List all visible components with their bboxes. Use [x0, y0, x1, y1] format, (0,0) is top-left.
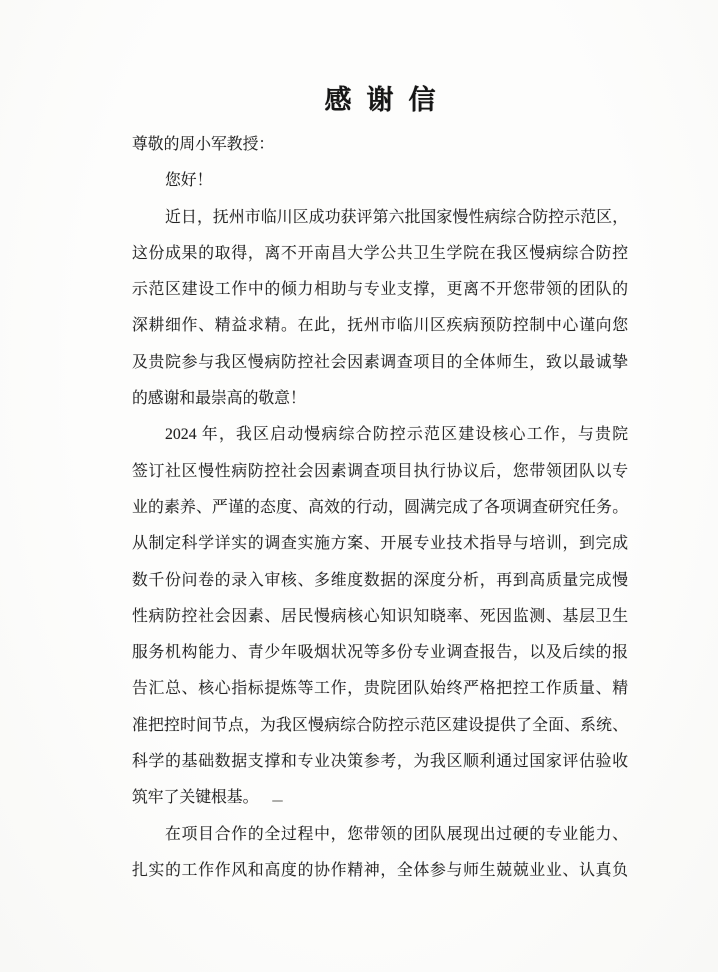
body-line: 告汇总、核心指标提炼等工作，贵院团队始终严格把控工作质量、精 [132, 671, 628, 707]
body-line: 示范区建设工作中的倾力相助与专业支撑，更离不开您带领的团队的 [132, 272, 628, 308]
salutation: 尊敬的周小军教授： [132, 127, 628, 163]
body-line: 2024 年，我区启动慢病综合防控示范区建设核心工作，与贵院 [132, 417, 628, 453]
body-line: 深耕细作、精益求精。在此，抚州市临川区疾病预防控制中心谨向您 [132, 308, 628, 344]
body-line: 筑牢了关键根基。 [132, 780, 628, 816]
body-line: 的感谢和最崇高的敬意！ [132, 381, 628, 417]
letter-body: 尊敬的周小军教授： 您好！ 近日，抚州市临川区成功获评第六批国家慢性病综合防控示… [132, 127, 628, 889]
body-line: 在项目合作的全过程中，您带领的团队展现出过硬的专业能力、 [132, 817, 628, 853]
body-line: 性病防控社会因素、居民慢病核心知识知晓率、死因监测、基层卫生 [132, 599, 628, 635]
letter-title: 感谢信 [132, 78, 628, 117]
body-line: 从制定科学详实的调查实施方案、开展专业技术指导与培训，到完成 [132, 526, 628, 562]
scanned-letter-page: 感谢信 尊敬的周小军教授： 您好！ 近日，抚州市临川区成功获评第六批国家慢性病综… [0, 0, 718, 972]
body-line: 近日，抚州市临川区成功获评第六批国家慢性病综合防控示范区， [132, 200, 628, 236]
body-line: 扎实的工作作风和高度的协作精神，全体参与师生兢兢业业、认真负 [132, 853, 628, 889]
body-line: 数千份问卷的录入审核、多维度数据的深度分析，再到高质量完成慢 [132, 563, 628, 599]
body-line: 这份成果的取得，离不开南昌大学公共卫生学院在我区慢病综合防控 [132, 236, 628, 272]
body-line: 服务机构能力、青少年吸烟状况等多份专业调查报告，以及后续的报 [132, 635, 628, 671]
body-line: 科学的基础数据支撑和专业决策参考，为我区顺利通过国家评估验收 [132, 744, 628, 780]
body-line: 准把控时间节点，为我区慢病综合防控示范区建设提供了全面、系统、 [132, 708, 628, 744]
body-line: 签订社区慢性病防控社会因素调查项目执行协议后，您带领团队以专 [132, 454, 628, 490]
greeting-line: 您好！ [132, 163, 628, 199]
body-line: 及贵院参与我区慢病防控社会因素调查项目的全体师生，致以最诚挚 [132, 345, 628, 381]
body-line: 业的素养、严谨的态度、高效的行动，圆满完成了各项调查研究任务。 [132, 490, 628, 526]
scan-artifact-dash [272, 800, 283, 802]
